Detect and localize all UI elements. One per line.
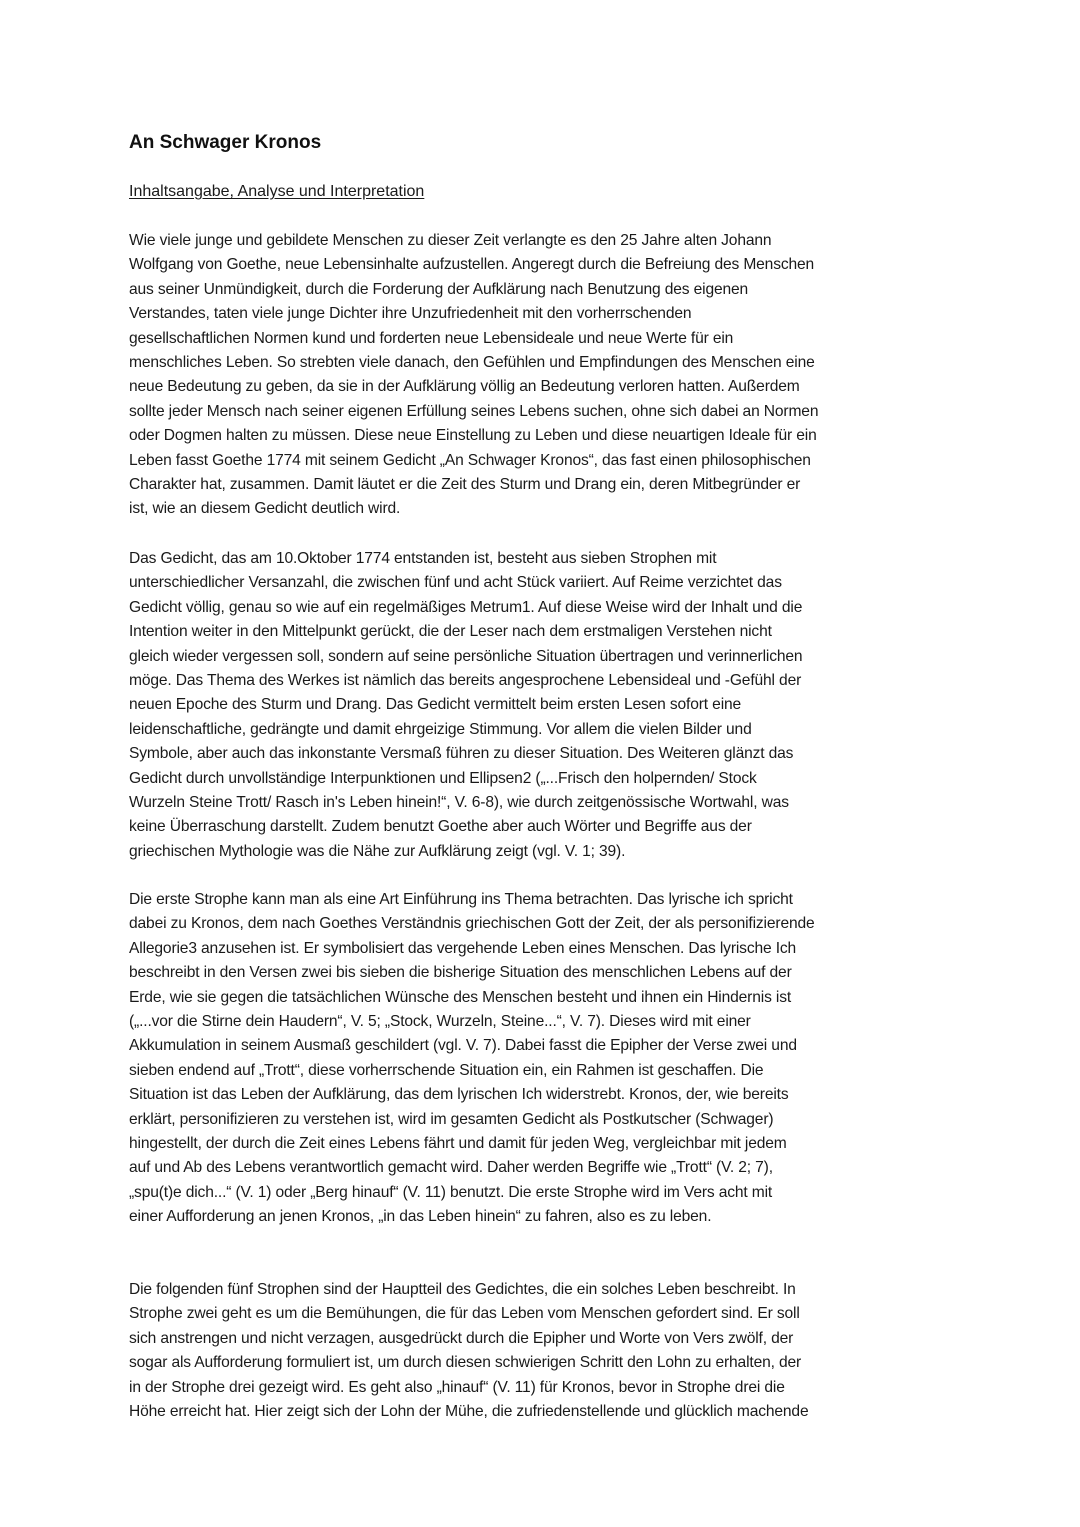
- text-line: Charakter hat, zusammen. Damit läutet er…: [129, 473, 959, 497]
- text-line: Erde, wie sie gegen die tatsächlichen Wü…: [129, 986, 959, 1010]
- text-line: griechischen Mythologie was die Nähe zur…: [129, 840, 959, 864]
- text-line: in der Strophe drei gezeigt wird. Es geh…: [129, 1376, 959, 1400]
- text-line: hingestellt, der durch die Zeit eines Le…: [129, 1132, 959, 1156]
- text-line: Intention weiter in den Mittelpunkt gerü…: [129, 620, 959, 644]
- text-line: Situation ist das Leben der Aufklärung, …: [129, 1083, 959, 1107]
- text-line: leidenschaftliche, gedrängte und damit e…: [129, 718, 959, 742]
- text-line: Gedicht durch unvollständige Interpunkti…: [129, 767, 959, 791]
- text-line: ist, wie an diesem Gedicht deutlich wird…: [129, 497, 959, 521]
- text-line: Symbole, aber auch das inkonstante Versm…: [129, 742, 959, 766]
- text-line: Die folgenden fünf Strophen sind der Hau…: [129, 1278, 959, 1302]
- text-line: Akkumulation in seinem Ausmaß geschilder…: [129, 1034, 959, 1058]
- text-line: „spu(t)e dich...“ (V. 1) oder „Berg hina…: [129, 1181, 959, 1205]
- text-line: Wolfgang von Goethe, neue Lebensinhalte …: [129, 253, 959, 277]
- text-line: erklärt, personifizieren zu verstehen is…: [129, 1108, 959, 1132]
- document-subtitle: Inhaltsangabe, Analyse und Interpretatio…: [129, 183, 424, 201]
- text-line: Verstandes, taten viele junge Dichter ih…: [129, 302, 959, 326]
- text-line: sogar als Aufforderung formuliert ist, u…: [129, 1351, 959, 1375]
- text-line: Die erste Strophe kann man als eine Art …: [129, 888, 959, 912]
- text-line: sieben endend auf „Trott“, diese vorherr…: [129, 1059, 959, 1083]
- paragraph-introduction: Wie viele junge und gebildete Menschen z…: [129, 229, 959, 522]
- document-title: An Schwager Kronos: [129, 132, 321, 154]
- text-line: dabei zu Kronos, dem nach Goethes Verstä…: [129, 912, 959, 936]
- paragraph-form-analysis: Das Gedicht, das am 10.Oktober 1774 ents…: [129, 547, 959, 864]
- text-line: („...vor die Stirne dein Haudern“, V. 5;…: [129, 1010, 959, 1034]
- text-line: sich anstrengen und nicht verzagen, ausg…: [129, 1327, 959, 1351]
- text-line: neuen Epoche des Sturm und Drang. Das Ge…: [129, 693, 959, 717]
- text-line: auf und Ab des Lebens verantwortlich gem…: [129, 1156, 959, 1180]
- text-line: beschreibt in den Versen zwei bis sieben…: [129, 961, 959, 985]
- text-line: sollte jeder Mensch nach seiner eigenen …: [129, 400, 959, 424]
- text-line: Gedicht völlig, genau so wie auf ein reg…: [129, 596, 959, 620]
- text-line: Strophe zwei geht es um die Bemühungen, …: [129, 1302, 959, 1326]
- paragraph-main-part: Die folgenden fünf Strophen sind der Hau…: [129, 1278, 959, 1424]
- text-line: Leben fasst Goethe 1774 mit seinem Gedic…: [129, 449, 959, 473]
- text-line: Höhe erreicht hat. Hier zeigt sich der L…: [129, 1400, 959, 1424]
- text-line: oder Dogmen halten zu müssen. Diese neue…: [129, 424, 959, 448]
- document-page: An Schwager Kronos Inhaltsangabe, Analys…: [0, 0, 1080, 1527]
- text-line: neue Bedeutung zu geben, da sie in der A…: [129, 375, 959, 399]
- text-line: möge. Das Thema des Werkes ist nämlich d…: [129, 669, 959, 693]
- text-line: Wurzeln Steine Trott/ Rasch in's Leben h…: [129, 791, 959, 815]
- text-line: unterschiedlicher Versanzahl, die zwisch…: [129, 571, 959, 595]
- text-line: gesellschaftlichen Normen kund und forde…: [129, 327, 959, 351]
- text-line: Das Gedicht, das am 10.Oktober 1774 ents…: [129, 547, 959, 571]
- text-line: Wie viele junge und gebildete Menschen z…: [129, 229, 959, 253]
- text-line: keine Überraschung darstellt. Zudem benu…: [129, 815, 959, 839]
- text-line: gleich wieder vergessen soll, sondern au…: [129, 645, 959, 669]
- text-line: einer Aufforderung an jenen Kronos, „in …: [129, 1205, 959, 1229]
- text-line: menschliches Leben. So strebten viele da…: [129, 351, 959, 375]
- paragraph-first-stanza: Die erste Strophe kann man als eine Art …: [129, 888, 959, 1229]
- text-line: aus seiner Unmündigkeit, durch die Forde…: [129, 278, 959, 302]
- text-line: Allegorie3 anzusehen ist. Er symbolisier…: [129, 937, 959, 961]
